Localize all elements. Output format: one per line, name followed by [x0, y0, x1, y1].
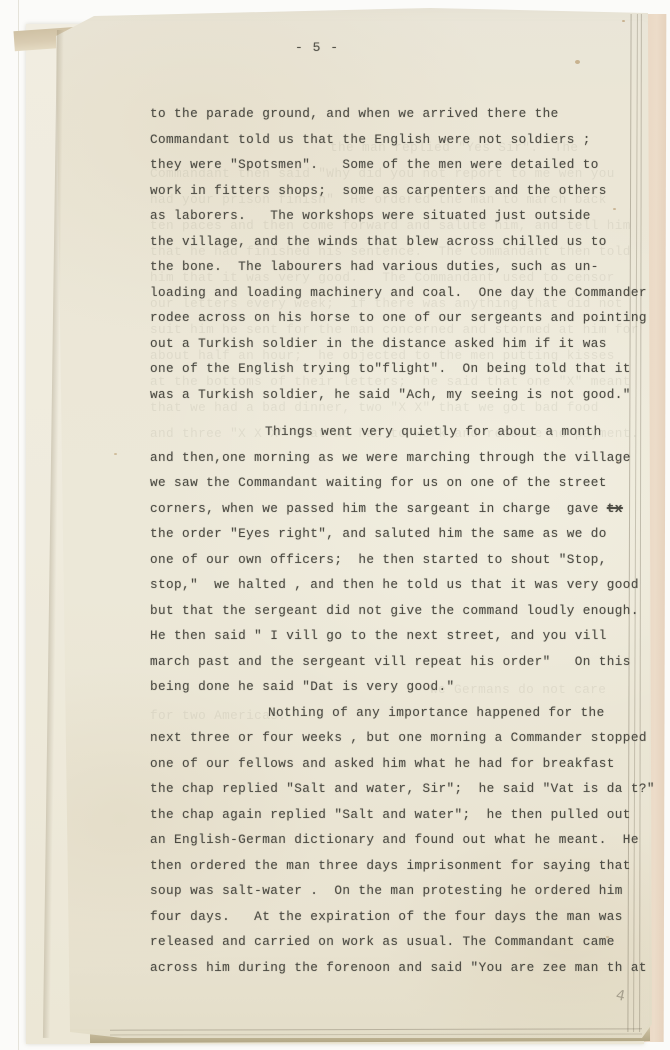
typed-line: march past and the sergeant vill repeat … [150, 649, 650, 675]
typed-line: one of our own officers; he then started… [150, 547, 650, 573]
typed-line: was a Turkish soldier, he said "Ach, my … [150, 382, 650, 408]
typed-line: the chap again replied "Salt and water";… [150, 802, 650, 828]
typed-line: to the parade ground, and when we arrive… [150, 101, 650, 127]
typed-line: being done he said "Dat is very good." [150, 674, 650, 700]
typed-line: but that the sergeant did not give the c… [150, 598, 650, 624]
typed-line: Nothing of any importance happened for t… [268, 700, 650, 726]
typed-line: loading and loading machinery and coal. … [150, 280, 650, 306]
typed-line: stop," we halted , and then he told us t… [150, 572, 650, 598]
typed-text-body: to the parade ground, and when we arrive… [150, 101, 650, 980]
typed-line: an English-German dictionary and found o… [150, 827, 650, 853]
typed-line: He then said " I vill go to the next str… [150, 623, 650, 649]
struck-out-word: tx [607, 501, 623, 516]
typed-line: corners, when we passed him the sargeant… [150, 496, 650, 522]
typed-line: then ordered the man three days imprison… [150, 853, 650, 879]
typed-line: the chap replied "Salt and water, Sir"; … [150, 776, 650, 802]
typed-line: Things went very quietly for about a mon… [265, 419, 650, 445]
typed-line: the bone. The labourers had various duti… [150, 254, 650, 280]
typed-line: as laborers. The workshops were situated… [150, 203, 650, 229]
typed-line: and then,one morning as we were marching… [150, 445, 650, 471]
typed-line: rodee across on his horse to one of our … [150, 305, 650, 331]
typed-line: released and carried on work as usual. T… [150, 929, 650, 955]
document-scan: the man replied "Yes Sir". TheCommandant… [0, 0, 670, 1050]
typed-line: out a Turkish soldier in the distance as… [150, 331, 650, 357]
typed-line: soup was salt-water . On the man protest… [150, 878, 650, 904]
typed-line: across him during the forenoon and said … [150, 955, 650, 981]
typed-line: Commandant told us that the English were… [150, 127, 650, 153]
typed-line: they were "Spotsmen". Some of the men we… [150, 152, 650, 178]
typed-line: we saw the Commandant waiting for us on … [150, 470, 650, 496]
typed-line: four days. At the expiration of the four… [150, 904, 650, 930]
page-number: - 5 - [295, 40, 339, 55]
typed-line: the order "Eyes right", and saluted him … [150, 521, 650, 547]
typed-line: work in fitters shops; some as carpenter… [150, 178, 650, 204]
typed-line: the village, and the winds that blew acr… [150, 229, 650, 255]
typed-line: next three or four weeks , but one morni… [150, 725, 650, 751]
typed-line: one of the English trying to"flight". On… [150, 356, 650, 382]
typed-line: one of our fellows and asked him what he… [150, 751, 650, 777]
